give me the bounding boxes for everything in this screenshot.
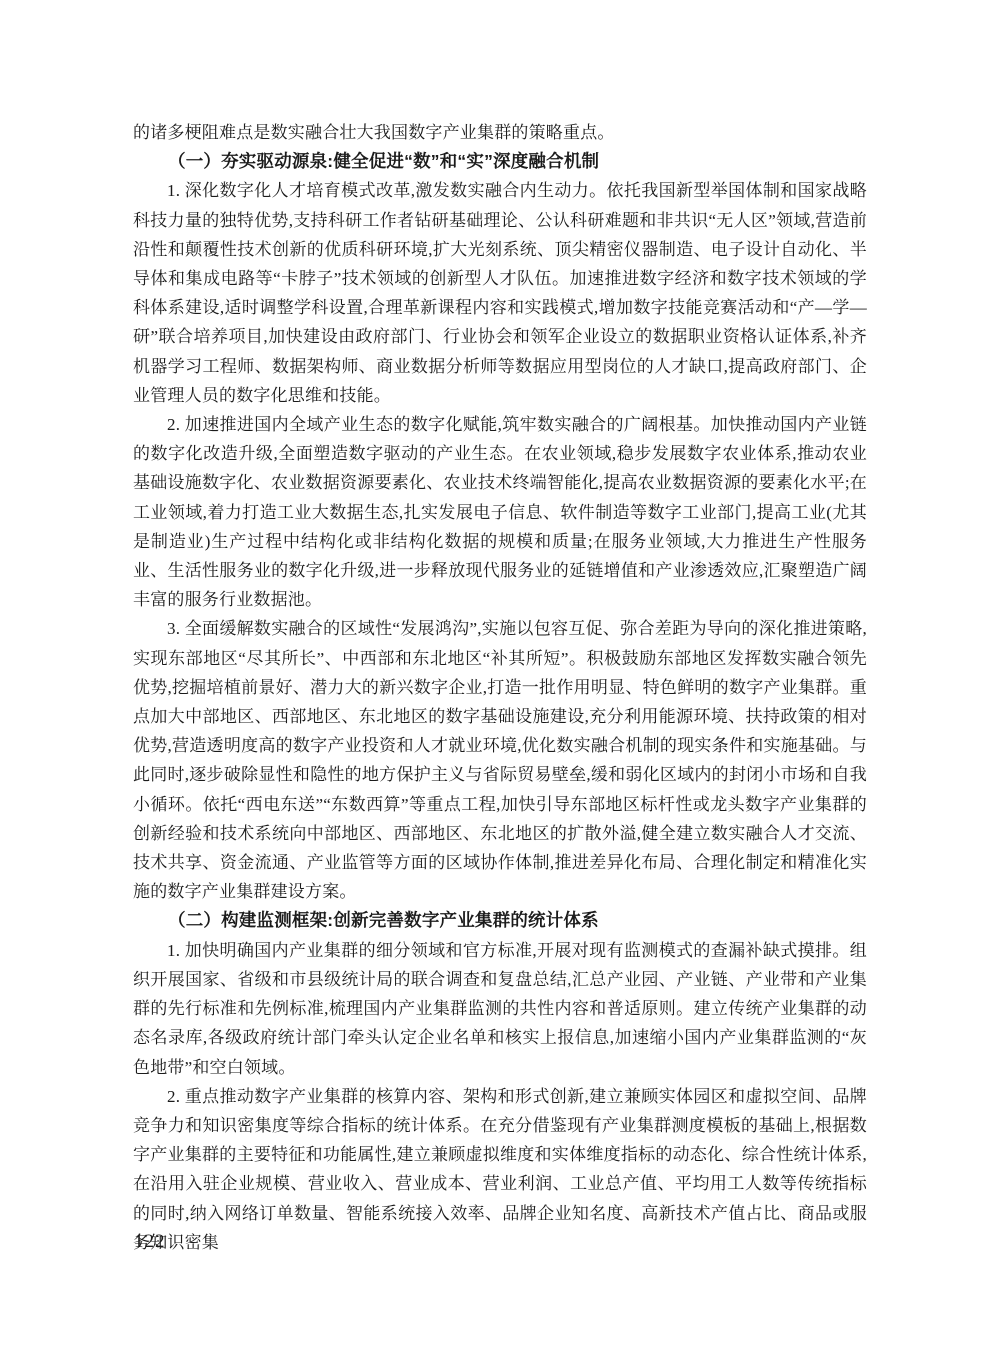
body-paragraph: 的诸多梗阻难点是数实融合壮大我国数字产业集群的策略重点。 <box>133 118 867 147</box>
document-page: 的诸多梗阻难点是数实融合壮大我国数字产业集群的策略重点。（一）夯实驱动源泉:健全… <box>0 0 1000 1347</box>
section-heading: （二）构建监测框架:创新完善数字产业集群的统计体系 <box>133 906 867 935</box>
page-number: 122 <box>134 1229 166 1255</box>
text-column: 的诸多梗阻难点是数实融合壮大我国数字产业集群的策略重点。（一）夯实驱动源泉:健全… <box>133 118 867 1257</box>
body-paragraph: 1. 深化数字化人才培育模式改革,激发数实融合内生动力。依托我国新型举国体制和国… <box>133 176 867 410</box>
body-paragraph: 1. 加快明确国内产业集群的细分领域和官方标准,开展对现有监测模式的查漏补缺式摸… <box>133 936 867 1082</box>
body-paragraph: 2. 重点推动数字产业集群的核算内容、架构和形式创新,建立兼顾实体园区和虚拟空间… <box>133 1082 867 1257</box>
section-heading: （一）夯实驱动源泉:健全促进“数”和“实”深度融合机制 <box>133 147 867 176</box>
body-paragraph: 3. 全面缓解数实融合的区域性“发展鸿沟”,实施以包容互促、弥合差距为导向的深化… <box>133 614 867 906</box>
body-paragraph: 2. 加速推进国内全域产业生态的数字化赋能,筑牢数实融合的广阔根基。加快推动国内… <box>133 410 867 614</box>
